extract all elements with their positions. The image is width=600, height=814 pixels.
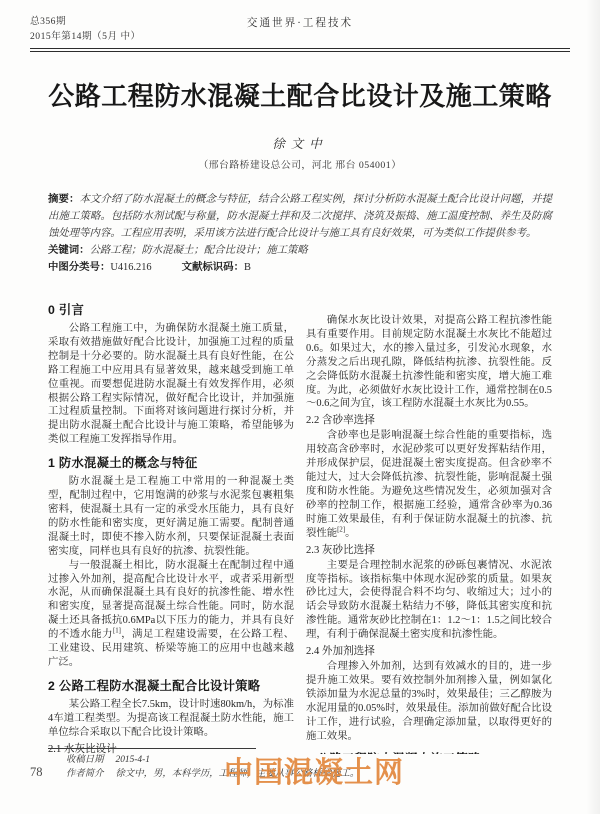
heading-section-2-3: 2.3 灰砂比选择 — [306, 543, 552, 558]
classification-line: 中图分类号：U416.216文献标识码：B — [48, 259, 552, 276]
heading-section-2-4: 2.4 外加剂选择 — [306, 644, 552, 659]
paragraph-section-2-2: 含砂率也是影响混凝土综合性能的重要指标，选用较高含砂率时，水泥砂浆可以更好发挥粘… — [306, 429, 552, 540]
keywords-text: 公路工程；防水混凝土；配合比设计；施工策略 — [90, 245, 308, 256]
footnote-rule — [48, 748, 256, 749]
paragraph-text: 含砂率也是影响混凝土综合性能的重要指标，选用较高含砂率时，水泥砂浆可以更好发挥粘… — [306, 430, 552, 538]
keywords: 关键词：公路工程；防水混凝土；配合比设计；施工策略 — [48, 242, 552, 259]
paragraph-section-2: 某公路工程全长7.5km，设计时速80km/h，为标准4车道工程类型。为提高该工… — [48, 698, 294, 740]
heading-section-2: 2 公路工程防水混凝土配合比设计策略 — [48, 678, 294, 694]
heading-introduction: 0 引言 — [48, 302, 294, 318]
paragraph-section-1a: 防水混凝土是工程施工中常用的一种混凝土类型，配制过程中，它用饱满的砂浆与水泥浆包… — [48, 475, 294, 558]
heading-section-1: 1 防水混凝土的概念与特征 — [48, 455, 294, 471]
paragraph-section-1b: 与一般混凝土相比，防水混凝土在配制过程中通过掺入外加剂，提高配合比设计水平，或者… — [48, 559, 294, 670]
abstract-label: 摘要： — [48, 194, 80, 205]
abstract: 摘要：本文介绍了防水混凝土的概念与特征，结合公路工程实例，探讨分析防水混凝土配合… — [48, 191, 552, 242]
body-columns: 0 引言 公路工程施工中，为确保防水混凝土施工质量，采取有效措施做好配合比设计，… — [48, 302, 552, 754]
citation-ref-2: [2] — [337, 526, 345, 533]
author-name: 徐文中 — [0, 134, 600, 152]
paragraph-section-2-3: 主要是合理控制水泥浆的砂砾包裹情况、水泥浓度等指标。该指标集中体现水泥砂浆的质量… — [306, 559, 552, 642]
header-double-rule — [30, 48, 570, 52]
author-bio-label: 作者简介 — [66, 769, 104, 779]
doc-code-value: B — [244, 262, 251, 273]
journal-page: 总356期 2015年第14期（5月 中） 交通世界·工程技术 公路工程防水混凝… — [0, 0, 600, 814]
paragraph-section-2-4: 合理掺入外加剂，达到有效减水的目的，进一步提升施工效果。要有效控制外加剂掺入量，… — [306, 660, 552, 743]
page-header: 总356期 2015年第14期（5月 中） 交通世界·工程技术 — [30, 14, 570, 46]
keywords-label: 关键词： — [48, 245, 90, 256]
heading-section-2-2: 2.2 含砂率选择 — [306, 413, 552, 428]
issue-current: 2015年第14期（5月 中） — [30, 29, 570, 44]
abstract-text: 本文介绍了防水混凝土的概念与特征，结合公路工程实例，探讨分析防水混凝土配合比设计… — [48, 194, 552, 239]
clc-value: U416.216 — [110, 262, 151, 273]
paragraph-introduction: 公路工程施工中，为确保防水混凝土施工质量，采取有效措施做好配合比设计，加强施工过… — [48, 322, 294, 447]
received-date-value: 2015-4-1 — [116, 755, 150, 765]
paragraph-section-2-1: 确保水灰比设计效果，对提高公路工程抗渗性能具有重要作用。目前规定防水混凝土水灰比… — [306, 314, 552, 411]
citation-ref-1: [1] — [113, 628, 121, 635]
journal-title: 交通世界·工程技术 — [30, 15, 570, 30]
doc-code-label: 文献标识码： — [182, 262, 244, 273]
clc-label: 中图分类号： — [48, 262, 110, 273]
paragraph-text: 。 — [345, 528, 355, 539]
article-title: 公路工程防水混凝土配合比设计及施工策略 — [30, 76, 570, 113]
page-number: 78 — [30, 765, 43, 780]
watermark-text: 中国混凝土网 — [224, 750, 404, 791]
left-column: 0 引言 公路工程施工中，为确保防水混凝土施工质量，采取有效措施做好配合比设计，… — [48, 302, 294, 754]
article-meta: 摘要：本文介绍了防水混凝土的概念与特征，结合公路工程实例，探讨分析防水混凝土配合… — [48, 191, 552, 276]
received-date-label: 收稿日期 — [66, 755, 104, 765]
right-column: 确保水灰比设计效果，对提高公路工程抗渗性能具有重要作用。目前规定防水混凝土水灰比… — [306, 302, 552, 754]
author-affiliation: （邢台路桥建设总公司，河北 邢台 054001） — [0, 157, 600, 171]
